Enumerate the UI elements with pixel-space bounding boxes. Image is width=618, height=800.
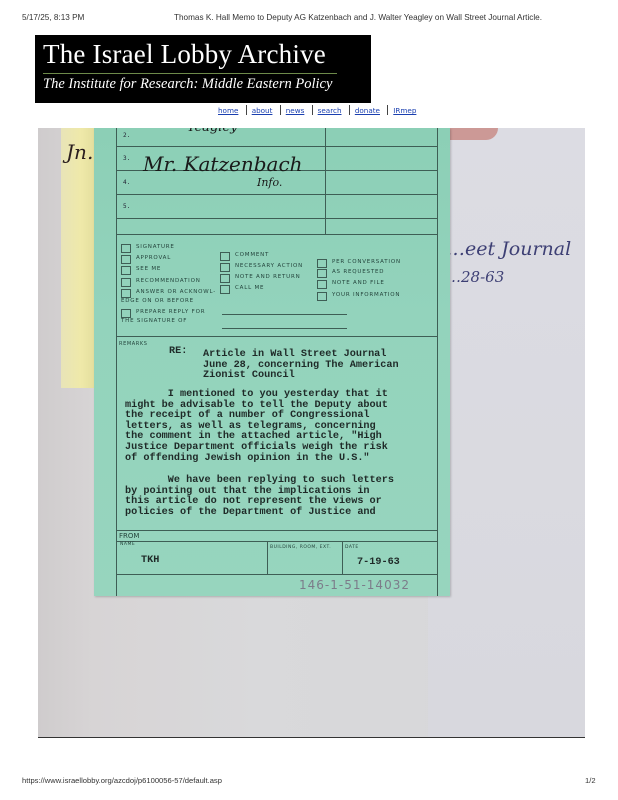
checkbox-approval: APPROVAL bbox=[121, 255, 171, 264]
yellow-sheet bbox=[61, 128, 94, 388]
nav-separator bbox=[246, 105, 247, 115]
print-url: https://www.israellobby.org/azcdoj/p6100… bbox=[22, 776, 222, 785]
handwritten-name: Yeagley bbox=[187, 128, 237, 135]
nav-separator bbox=[312, 105, 313, 115]
background-handwriting-date: …28-63 bbox=[446, 268, 504, 286]
checkbox-see-me: SEE ME bbox=[121, 266, 161, 275]
checkbox-comment: COMMENT bbox=[220, 252, 269, 261]
nav-link-irmep[interactable]: IRmep bbox=[393, 106, 416, 115]
checkbox-note-and-file: NOTE AND FILE bbox=[317, 280, 385, 289]
banner-rule bbox=[43, 73, 337, 74]
checkbox-note-and-return: NOTE AND RETURN bbox=[220, 274, 301, 283]
nav-link-donate[interactable]: donate bbox=[355, 106, 380, 115]
checkbox-call-me: CALL ME bbox=[220, 285, 264, 294]
from-name: TKH bbox=[141, 556, 159, 567]
date-label: DATE bbox=[345, 545, 359, 550]
handwritten-name: Mr. Katzenbach bbox=[143, 152, 303, 176]
handwritten-note: Info. bbox=[257, 176, 282, 189]
print-page-title: Thomas K. Hall Memo to Deputy AG Katzenb… bbox=[174, 13, 542, 22]
from-label: FROM bbox=[119, 532, 139, 540]
document-photo: …eet Journal …28-63 Jn… 2. 3. 4. 5. Yeag… bbox=[38, 128, 585, 738]
nav-separator bbox=[387, 105, 388, 115]
re-label: RE: bbox=[169, 347, 187, 358]
name-label: NAME bbox=[120, 542, 135, 547]
memo-paragraph-1: I mentioned to you yesterday that it mig… bbox=[125, 390, 388, 464]
remarks-label: REMARKS bbox=[119, 341, 148, 347]
file-number-stamp: 146-1-51-14032 bbox=[299, 578, 410, 592]
from-date: 7-19-63 bbox=[357, 558, 400, 569]
checkbox-necessary-action: NECESSARY ACTION bbox=[220, 263, 303, 272]
background-document bbox=[428, 128, 585, 737]
row-number: 3. bbox=[123, 155, 130, 162]
print-datetime: 5/17/25, 8:13 PM bbox=[22, 13, 84, 22]
row-number: 4. bbox=[123, 179, 130, 186]
banner-subtitle: The Institute for Research: Middle Easte… bbox=[43, 76, 332, 93]
nav-link-search[interactable]: search bbox=[318, 106, 342, 115]
re-subject: Article in Wall Street Journal June 28, … bbox=[203, 350, 399, 382]
nav-link-home[interactable]: home bbox=[218, 106, 238, 115]
building-label: BUILDING, ROOM, EXT. bbox=[270, 545, 331, 550]
row-number: 5. bbox=[123, 203, 130, 210]
nav-link-news[interactable]: news bbox=[286, 106, 305, 115]
site-banner[interactable]: The Israel Lobby Archive The Institute f… bbox=[35, 35, 371, 103]
site-nav: home about news search donate IRmep bbox=[218, 105, 416, 115]
checkbox-prepare-reply: PREPARE REPLY FOR THE SIGNATURE OF bbox=[121, 309, 205, 325]
checkbox-recommendation: RECOMMENDATION bbox=[121, 278, 201, 287]
banner-title: The Israel Lobby Archive bbox=[43, 39, 326, 70]
nav-separator bbox=[280, 105, 281, 115]
checkbox-per-conversation: PER CONVERSATION bbox=[317, 259, 401, 268]
nav-link-about[interactable]: about bbox=[252, 106, 273, 115]
routing-slip-form: 2. 3. 4. 5. Yeagley Mr. Katzenbach Info.… bbox=[116, 128, 438, 596]
routing-slip: 2. 3. 4. 5. Yeagley Mr. Katzenbach Info.… bbox=[94, 128, 450, 596]
checkbox-answer-or-acknowledge: ANSWER OR ACKNOWL- EDGE ON OR BEFORE bbox=[121, 289, 216, 305]
memo-paragraph-2: We have been replying to such letters by… bbox=[125, 476, 394, 518]
checkbox-signature: SIGNATURE bbox=[121, 244, 175, 253]
print-page-number: 1/2 bbox=[585, 776, 596, 785]
background-handwriting: …eet Journal bbox=[446, 238, 571, 260]
row-number: 2. bbox=[123, 132, 130, 139]
checkbox-as-requested: AS REQUESTED bbox=[317, 269, 384, 278]
checkbox-your-information: YOUR INFORMATION bbox=[317, 292, 400, 301]
nav-separator bbox=[349, 105, 350, 115]
